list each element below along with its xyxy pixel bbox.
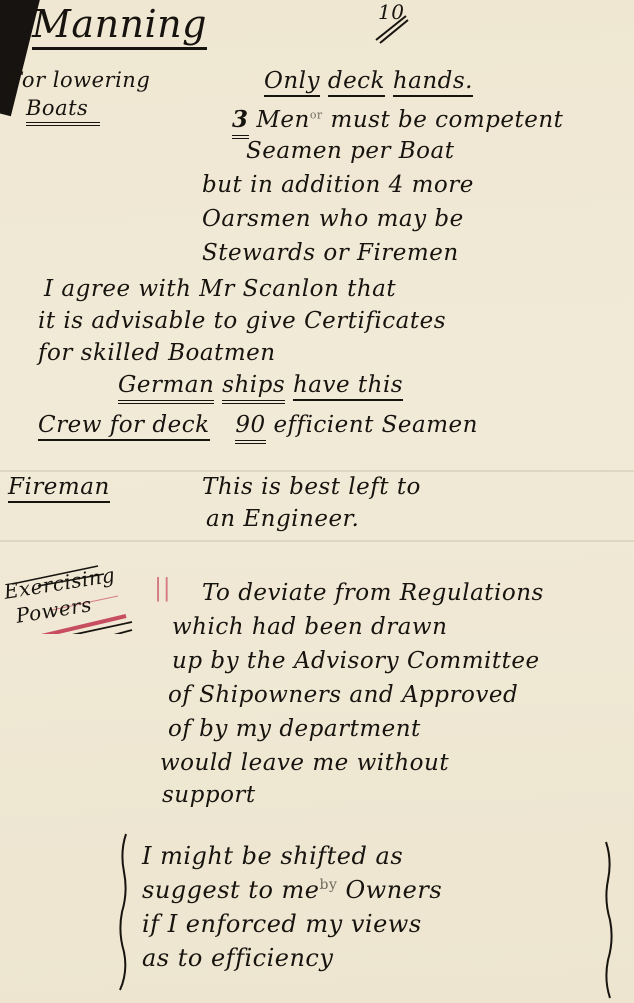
right-brace-icon [602, 840, 616, 1000]
text-line: but in addition 4 more [202, 172, 474, 198]
paper-fold-line [0, 540, 634, 542]
text-line: 3 Menor must be competent [232, 106, 563, 133]
text-line: of Shipowners and Approved [168, 682, 518, 708]
text-line: This is best left to [202, 474, 421, 500]
text-line: Stewards or Firemen [202, 240, 459, 266]
text-line: I might be shifted as [142, 842, 403, 870]
left-brace-icon [116, 832, 130, 992]
text-line: To deviate from Regulations [202, 580, 544, 606]
text-line: Only deck hands. [264, 68, 473, 94]
text-line: German ships have this [118, 372, 403, 398]
section-heading-boats: Boats [26, 96, 100, 126]
section-heading-lowering: For lowering [8, 68, 150, 92]
page-title: Manning [32, 2, 207, 50]
text-line: if I enforced my views [142, 910, 422, 938]
text-line: Crew for deck 90 efficient Seamen [38, 412, 478, 438]
text-line: would leave me without [160, 750, 449, 776]
manuscript-page: Manning 10 For lowering Boats Only deck … [0, 0, 634, 1003]
text-line: an Engineer. [206, 506, 359, 532]
page-number-double-slash-icon [370, 8, 410, 44]
text-line: suggest to meby Owners [142, 876, 442, 904]
text-line: as to efficiency [142, 944, 333, 972]
text-line: Seamen per Boat [246, 138, 454, 164]
text-line: Oarsmen who may be [202, 206, 464, 232]
pencil-insertion: or [310, 108, 323, 121]
text-line: which had been drawn [172, 614, 447, 640]
paper-fold-line [0, 470, 634, 472]
text-line: up by the Advisory Committee [172, 648, 540, 674]
text-line: it is advisable to give Certificates [38, 308, 446, 334]
red-margin-mark: || [154, 574, 171, 602]
crew-count: 90 [235, 412, 265, 444]
text-line: support [162, 782, 256, 808]
text-line: of by my department [168, 716, 421, 742]
text-line: I agree with Mr Scanlon that [44, 276, 396, 302]
pencil-insertion: by [319, 877, 337, 893]
text-line: for skilled Boatmen [38, 340, 276, 366]
section-heading-crew: Crew for deck [38, 412, 210, 441]
section-heading-fireman: Fireman [8, 474, 110, 503]
